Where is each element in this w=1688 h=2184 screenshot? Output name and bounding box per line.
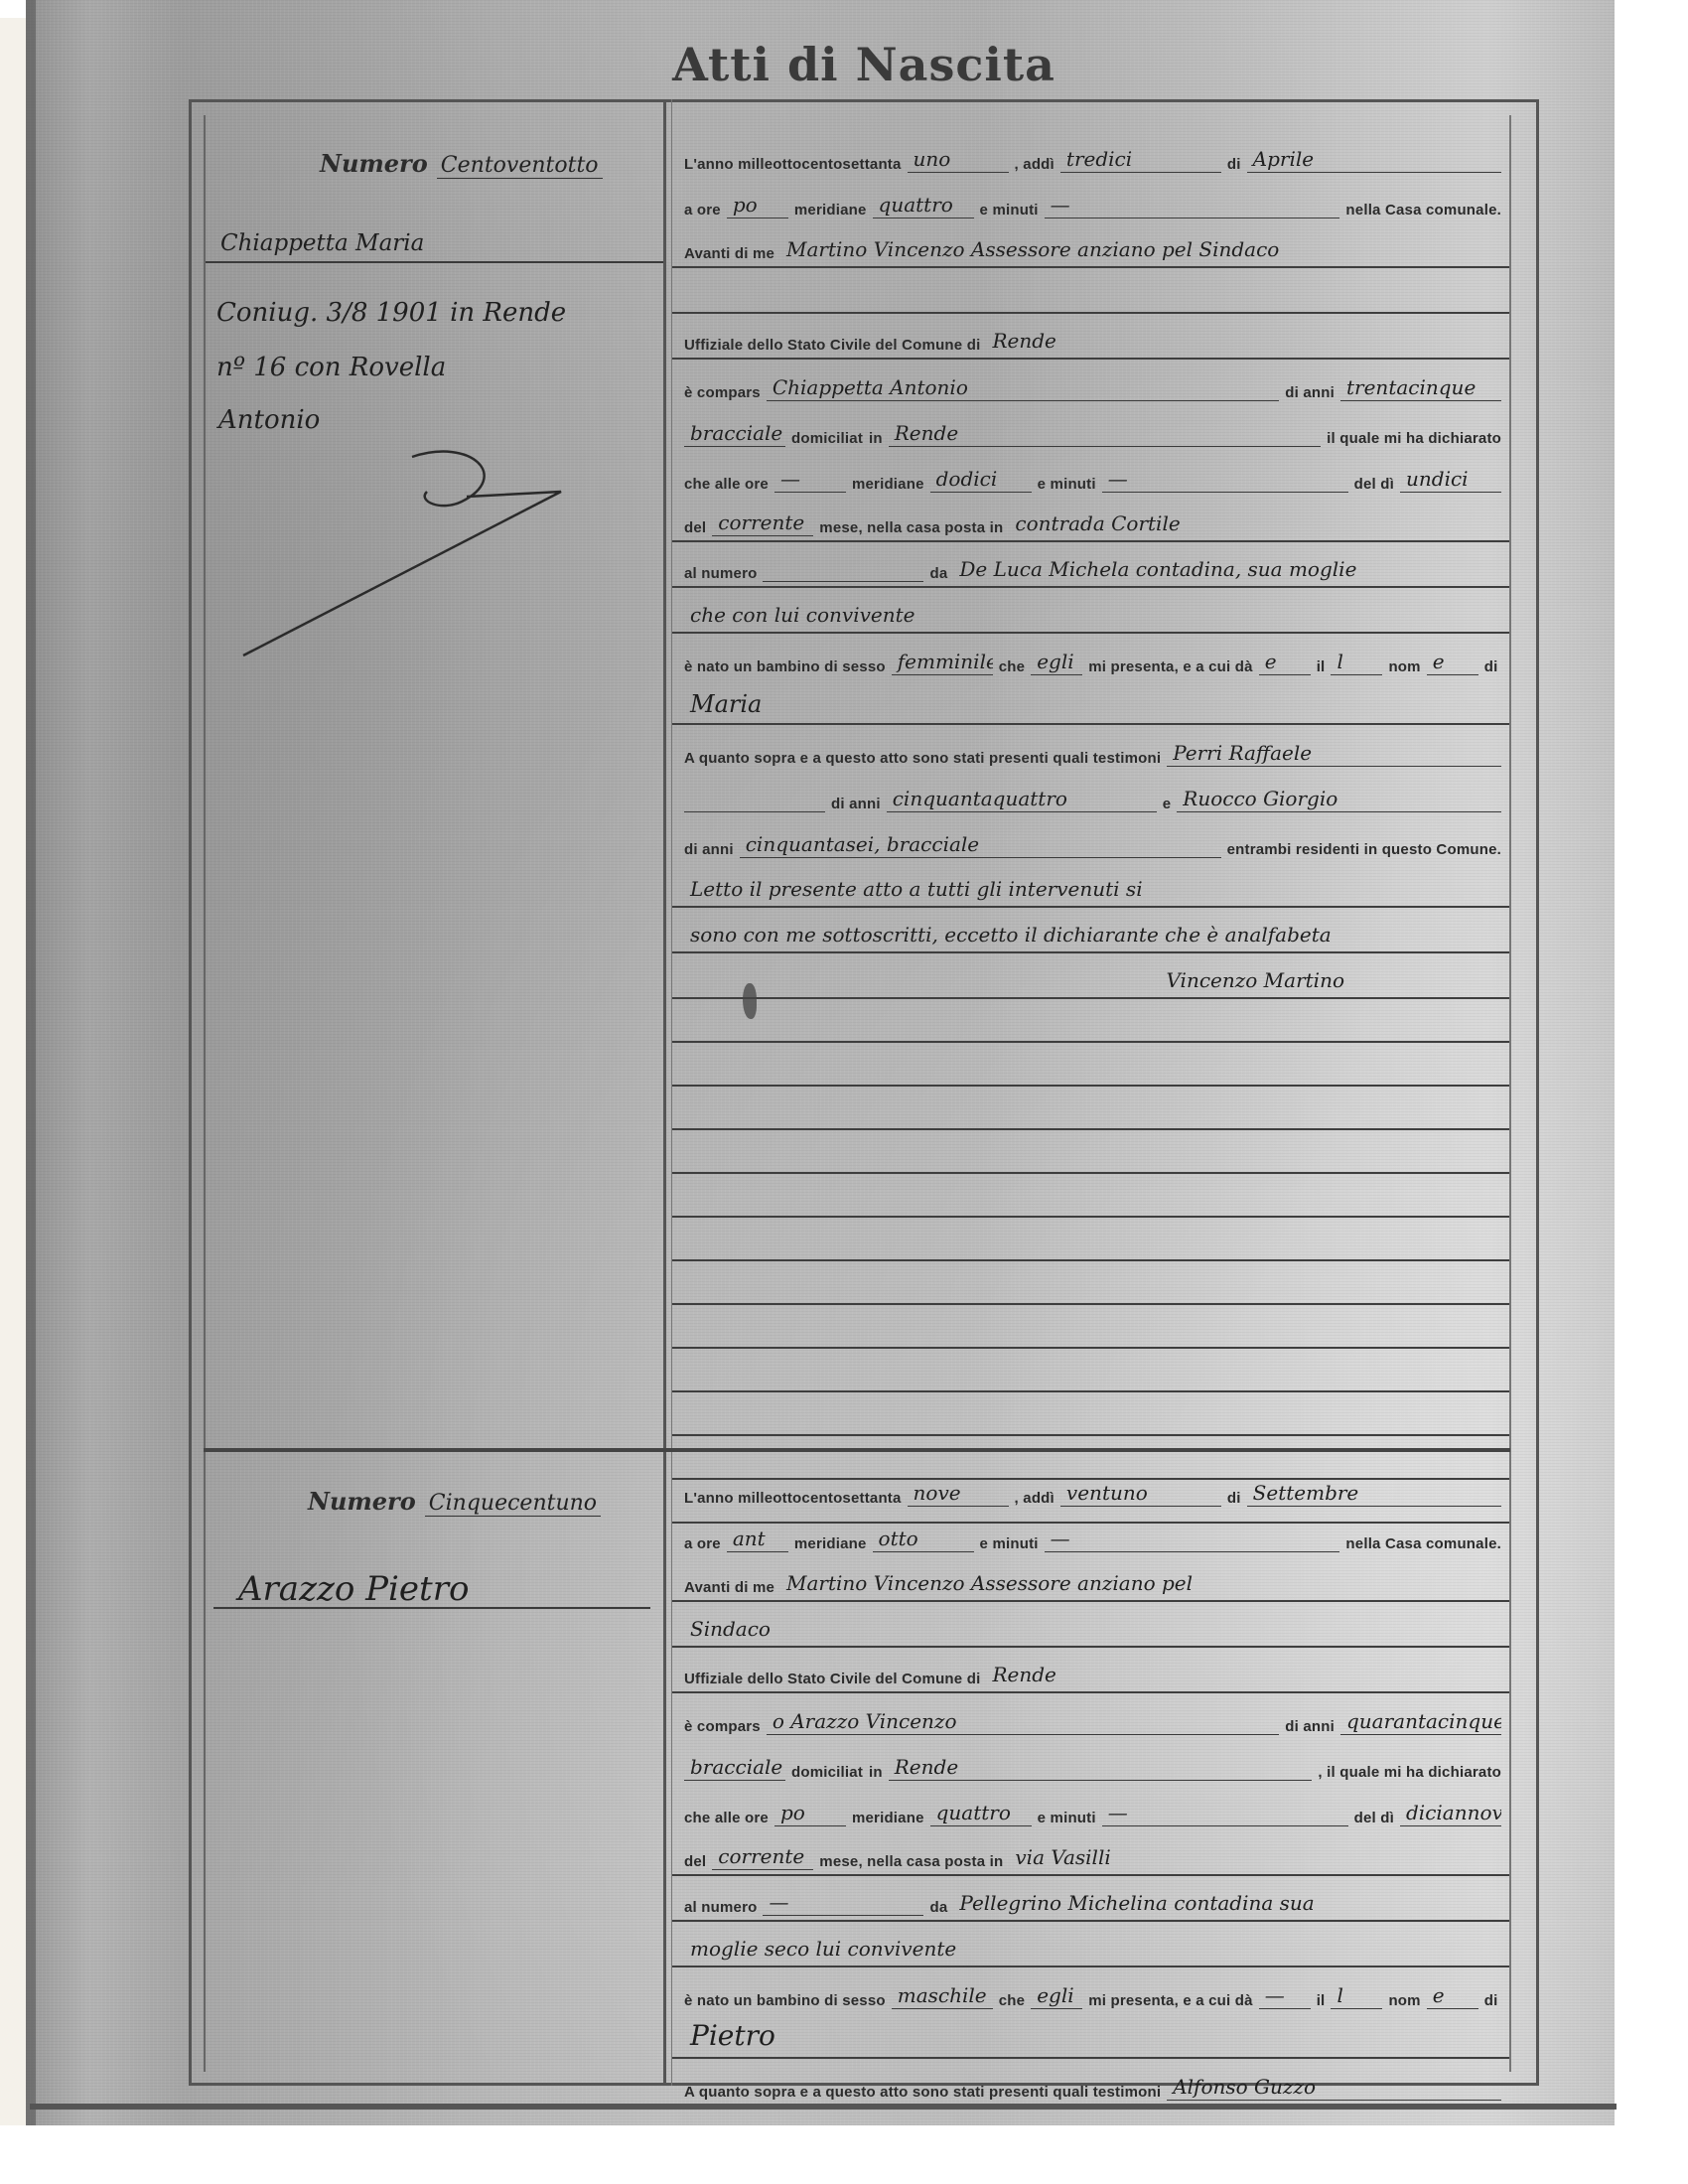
act1-line-mother: al numero da De Luca Michela contadina, … bbox=[672, 542, 1509, 588]
printed-text: e bbox=[1163, 796, 1172, 812]
printed-text: Avanti di me bbox=[684, 245, 774, 262]
handwritten-entry: — bbox=[763, 1890, 923, 1916]
handwritten-entry: uno bbox=[908, 147, 1009, 173]
printed-text: è nato un bambino di sesso bbox=[684, 1992, 886, 2009]
name-underline bbox=[206, 261, 663, 263]
handwritten-entry: quarantacinque bbox=[1340, 1709, 1501, 1735]
printed-text: da bbox=[929, 565, 947, 582]
act1-line-house: del corrente mese, nella casa posta in c… bbox=[672, 497, 1509, 542]
column-divider bbox=[663, 99, 666, 2086]
act1-line-mother-cont: che con lui convivente bbox=[672, 588, 1509, 634]
handwritten-entry bbox=[763, 580, 923, 582]
act2-line-declarant: è compars o Arazzo Vincenzo di anni quar… bbox=[672, 1693, 1509, 1739]
act1-line-domicile: bracciale domiciliat in Rende il quale m… bbox=[672, 405, 1509, 451]
blank-ruled-line bbox=[672, 1174, 1509, 1218]
act2-line-house: del corrente mese, nella casa posta in v… bbox=[672, 1830, 1509, 1876]
printed-text: , addì bbox=[1015, 1490, 1055, 1507]
handwritten-entry: quattro bbox=[930, 1801, 1032, 1826]
printed-text: meridiane bbox=[852, 1810, 924, 1826]
printed-text: del bbox=[684, 519, 706, 536]
handwritten-entry: l bbox=[1331, 1983, 1382, 2009]
frame-rule-right bbox=[1509, 115, 1511, 2072]
printed-text: da bbox=[929, 1899, 947, 1916]
blank-ruled-line bbox=[672, 1130, 1509, 1174]
frame-rule-left bbox=[204, 115, 206, 2072]
printed-text: al numero bbox=[684, 565, 757, 582]
printed-text: di bbox=[1227, 156, 1241, 173]
act1-line-time: a ore po meridiane quattro e minuti — ne… bbox=[672, 177, 1509, 222]
act1-registrant-name: Chiappetta Maria bbox=[220, 230, 424, 256]
act1-line-closing1: Letto il presente atto a tutti gli inter… bbox=[672, 862, 1509, 908]
handwritten-entry: Martino Vincenzo Assessore anziano pel bbox=[780, 1571, 1501, 1596]
handwritten-entry: — bbox=[1102, 1801, 1348, 1826]
act2-line-sex: è nato un bambino di sesso maschile che … bbox=[672, 1967, 1509, 2013]
act2-line-witnesses: A quanto sopra e a questo atto sono stat… bbox=[672, 2059, 1509, 2105]
printed-text: Uffiziale dello Stato Civile del Comune … bbox=[684, 1671, 980, 1687]
printed-text: il quale mi ha dichiarato bbox=[1327, 430, 1501, 447]
act1-line-declarant: è compars Chiappetta Antonio di anni tre… bbox=[672, 360, 1509, 405]
scanner-margin-right bbox=[1617, 0, 1688, 2184]
act1-line-comune: Uffiziale dello Stato Civile del Comune … bbox=[672, 314, 1509, 360]
printed-text: di anni bbox=[1285, 1718, 1335, 1735]
printed-text: di anni bbox=[1285, 384, 1335, 401]
printed-text: e minuti bbox=[980, 1535, 1039, 1552]
handwritten-entry: diciannove bbox=[1400, 1801, 1501, 1826]
act1-line-witnesses: A quanto sopra e a questo atto sono stat… bbox=[672, 725, 1509, 771]
ink-blot bbox=[743, 983, 757, 1019]
handwritten-entry: o Arazzo Vincenzo bbox=[767, 1709, 1279, 1735]
printed-text: e minuti bbox=[980, 202, 1039, 218]
handwritten-entry: Maria bbox=[684, 690, 1501, 719]
printed-text: del dì bbox=[1354, 1810, 1394, 1826]
act2-line-officer: Avanti di me Martino Vincenzo Assessore … bbox=[672, 1556, 1509, 1602]
blank-ruled-line bbox=[672, 1349, 1509, 1392]
handwritten-entry: Pellegrino Michelina contadina sua bbox=[953, 1891, 1501, 1916]
printed-text: Uffiziale dello Stato Civile del Comune … bbox=[684, 337, 980, 354]
blank-ruled-line bbox=[672, 1392, 1509, 1436]
act2-line-domicile: bracciale domiciliat in Rende , il quale… bbox=[672, 1739, 1509, 1785]
act2-line-birth-time: che alle ore po meridiane quattro e minu… bbox=[672, 1785, 1509, 1830]
handwritten-entry: egli bbox=[1031, 650, 1082, 675]
printed-text: , il quale mi ha dichiarato bbox=[1318, 1764, 1501, 1781]
printed-text: meridiane bbox=[794, 202, 867, 218]
handwritten-entry: undici bbox=[1400, 467, 1501, 493]
signature-flourish-icon bbox=[213, 417, 591, 665]
handwritten-entry: Ruocco Giorgio bbox=[1177, 787, 1501, 812]
handwritten-entry: Rende bbox=[986, 329, 1501, 354]
act1-numero: Numero Centoventotto bbox=[320, 149, 603, 178]
handwritten-entry: Rende bbox=[889, 1755, 1313, 1781]
handwritten-entry: po bbox=[774, 1801, 846, 1826]
handwritten-entry: Rende bbox=[889, 421, 1321, 447]
blank-ruled-line bbox=[672, 999, 1509, 1043]
act1-line-sex: è nato un bambino di sesso femminile che… bbox=[672, 634, 1509, 679]
handwritten-entry: Aprile bbox=[1247, 147, 1501, 173]
marginal-note-line2: nº 16 con Rovella bbox=[216, 353, 446, 382]
handwritten-entry: ant bbox=[727, 1527, 788, 1552]
handwritten-entry: l bbox=[1331, 650, 1382, 675]
handwritten-entry: femminile bbox=[892, 650, 993, 675]
printed-text: A quanto sopra e a questo atto sono stat… bbox=[684, 2084, 1161, 2101]
handwritten-entry: po bbox=[727, 193, 788, 218]
blank-ruled-line bbox=[672, 1261, 1509, 1305]
handwritten-entry: — bbox=[1045, 193, 1340, 218]
handwritten-entry: Letto il presente atto a tutti gli inter… bbox=[684, 877, 1501, 902]
printed-text: A quanto sopra e a questo atto sono stat… bbox=[684, 750, 1161, 767]
printed-text: nella Casa comunale. bbox=[1345, 202, 1501, 218]
printed-text: di anni bbox=[831, 796, 881, 812]
handwritten-entry: e bbox=[1427, 1983, 1478, 2009]
handwritten-entry: nove bbox=[908, 1481, 1009, 1507]
handwritten-entry: e bbox=[1427, 650, 1478, 675]
act2-line-date: L'anno milleottocentosettanta nove , add… bbox=[672, 1465, 1509, 1511]
blank-ruled-line bbox=[672, 1043, 1509, 1087]
blank-ruled-line bbox=[672, 1087, 1509, 1130]
act2-line-comune: Uffiziale dello Stato Civile del Comune … bbox=[672, 1648, 1509, 1693]
printed-text: che bbox=[999, 1992, 1025, 2009]
printed-text: in bbox=[869, 1764, 883, 1781]
printed-text: di bbox=[1484, 658, 1498, 675]
handwritten-entry: maschile bbox=[892, 1983, 993, 2009]
handwritten-entry: Perri Raffaele bbox=[1167, 741, 1501, 767]
handwritten-entry: Martino Vincenzo Assessore anziano pel S… bbox=[780, 237, 1501, 262]
marginal-note-line1: Coniug. 3/8 1901 in Rende bbox=[216, 298, 566, 328]
handwritten-entry: trentacinque bbox=[1340, 375, 1501, 401]
handwritten-entry: Chiappetta Antonio bbox=[767, 375, 1279, 401]
act1-body: L'anno milleottocentosettanta uno , addì… bbox=[672, 131, 1509, 1524]
handwritten-entry: dodici bbox=[930, 467, 1032, 493]
printed-text: mese, nella casa posta in bbox=[819, 519, 1003, 536]
handwritten-entry: Alfonso Guzzo bbox=[1167, 2075, 1501, 2101]
handwritten-entry: Rende bbox=[986, 1663, 1501, 1687]
printed-text: è compars bbox=[684, 384, 761, 401]
handwritten-entry: otto bbox=[873, 1527, 974, 1552]
printed-text: domiciliat bbox=[791, 430, 863, 447]
printed-text: di bbox=[1484, 1992, 1498, 2009]
handwritten-entry: egli bbox=[1031, 1983, 1082, 2009]
printed-text: meridiane bbox=[794, 1535, 867, 1552]
numero-value: Cinquecentuno bbox=[425, 1491, 601, 1517]
handwritten-entry: Sindaco bbox=[684, 1617, 1501, 1642]
handwritten-entry: cinquantaquattro bbox=[887, 787, 1157, 812]
handwritten-entry: Pietro bbox=[684, 2019, 1501, 2053]
printed-text: è nato un bambino di sesso bbox=[684, 658, 886, 675]
handwritten-entry: corrente bbox=[712, 1844, 813, 1870]
handwritten-entry: — bbox=[1259, 1983, 1311, 2009]
printed-text: mi presenta, e a cui dà bbox=[1088, 1992, 1253, 2009]
printed-text: domiciliat bbox=[791, 1764, 863, 1781]
act1-line-witness1-age: di anni cinquantaquattro e Ruocco Giorgi… bbox=[672, 771, 1509, 816]
printed-text: del dì bbox=[1354, 476, 1394, 493]
printed-text: mese, nella casa posta in bbox=[819, 1853, 1003, 1870]
printed-text: che alle ore bbox=[684, 476, 769, 493]
printed-text: nom bbox=[1388, 1992, 1420, 2009]
printed-text: meridiane bbox=[852, 476, 924, 493]
printed-text: di bbox=[1227, 1490, 1241, 1507]
blank-ruled-line bbox=[672, 1218, 1509, 1261]
printed-text: il bbox=[1317, 1992, 1326, 2009]
handwritten-entry: via Vasilli bbox=[1009, 1845, 1501, 1870]
printed-text: nom bbox=[1388, 658, 1420, 675]
act2-line-child-name: Pietro bbox=[672, 2013, 1509, 2059]
act2-line-time: a ore ant meridiane otto e minuti — nell… bbox=[672, 1511, 1509, 1556]
act2-line-mother: al numero — da Pellegrino Michelina cont… bbox=[672, 1876, 1509, 1922]
act1-line-date: L'anno milleottocentosettanta uno , addì… bbox=[672, 131, 1509, 177]
handwritten-entry: — bbox=[1045, 1527, 1340, 1552]
handwritten-entry: e bbox=[1259, 650, 1311, 675]
printed-text: a ore bbox=[684, 1535, 721, 1552]
handwritten-entry: Settembre bbox=[1247, 1481, 1501, 1507]
act2-numero: Numero Cinquecentuno bbox=[308, 1487, 601, 1516]
handwritten-entry: moglie seco lui convivente bbox=[684, 1937, 1501, 1962]
act2-registrant-name: Arazzo Pietro bbox=[238, 1569, 469, 1609]
page-edge-shadow bbox=[26, 0, 36, 2125]
handwritten-entry: — bbox=[774, 467, 846, 493]
act1-line-closing2: sono con me sottoscritti, eccetto il dic… bbox=[672, 908, 1509, 953]
printed-text: entrambi residenti in questo Comune. bbox=[1227, 841, 1501, 858]
printed-text: a ore bbox=[684, 202, 721, 218]
printed-text: che bbox=[999, 658, 1025, 675]
printed-text: in bbox=[869, 430, 883, 447]
printed-text: e minuti bbox=[1038, 476, 1096, 493]
act2-body: L'anno milleottocentosettanta nove , add… bbox=[672, 1465, 1509, 2105]
handwritten-entry: quattro bbox=[873, 193, 974, 218]
act1-line-officer: Avanti di me Martino Vincenzo Assessore … bbox=[672, 222, 1509, 268]
numero-label: Numero bbox=[308, 1487, 416, 1516]
officer-signature: Vincenzo Martino bbox=[1160, 968, 1350, 993]
act2-line-mother-cont: moglie seco lui convivente bbox=[672, 1922, 1509, 1967]
printed-text: al numero bbox=[684, 1899, 757, 1916]
act1-line-signature: Vincenzo Martino bbox=[672, 953, 1509, 999]
handwritten-entry: tredici bbox=[1060, 147, 1221, 173]
handwritten-entry: — bbox=[1102, 467, 1348, 493]
printed-text: L'anno milleottocentosettanta bbox=[684, 1490, 902, 1507]
scanner-margin-bottom bbox=[0, 2125, 1688, 2184]
scanner-margin-left bbox=[0, 18, 26, 2184]
blank-ruled-line bbox=[672, 1305, 1509, 1349]
printed-text: mi presenta, e a cui dà bbox=[1088, 658, 1253, 675]
act1-line-birth-time: che alle ore — meridiane dodici e minuti… bbox=[672, 451, 1509, 497]
handwritten-entry: sono con me sottoscritti, eccetto il dic… bbox=[684, 923, 1501, 947]
printed-text: di anni bbox=[684, 841, 734, 858]
printed-text: nella Casa comunale. bbox=[1345, 1535, 1501, 1552]
act1-line-witness2-age: di anni cinquantasei, bracciale entrambi… bbox=[672, 816, 1509, 862]
handwritten-entry: bracciale bbox=[684, 1755, 785, 1781]
printed-text: è compars bbox=[684, 1718, 761, 1735]
act2-line-officer-cont: Sindaco bbox=[672, 1602, 1509, 1648]
handwritten-entry: che con lui convivente bbox=[684, 603, 1501, 628]
numero-label: Numero bbox=[320, 149, 428, 178]
printed-text: il bbox=[1317, 658, 1326, 675]
act1-line-blank bbox=[672, 268, 1509, 314]
printed-text: e minuti bbox=[1038, 1810, 1096, 1826]
printed-text: L'anno milleottocentosettanta bbox=[684, 156, 902, 173]
printed-text: Avanti di me bbox=[684, 1579, 774, 1596]
handwritten-entry: contrada Cortile bbox=[1009, 511, 1501, 536]
handwritten-entry: De Luca Michela contadina, sua moglie bbox=[953, 557, 1501, 582]
handwritten-entry: ventuno bbox=[1060, 1481, 1221, 1507]
printed-text: che alle ore bbox=[684, 1810, 769, 1826]
printed-text: del bbox=[684, 1853, 706, 1870]
page-title: Atti di Nascita bbox=[616, 38, 1112, 91]
handwritten-entry: cinquantasei, bracciale bbox=[740, 832, 1221, 858]
act1-line-child-name: Maria bbox=[672, 679, 1509, 725]
numero-value: Centoventotto bbox=[437, 153, 603, 179]
handwritten-entry: corrente bbox=[712, 510, 813, 536]
printed-text: , addì bbox=[1015, 156, 1055, 173]
handwritten-entry bbox=[684, 810, 825, 812]
handwritten-entry: bracciale bbox=[684, 421, 785, 447]
